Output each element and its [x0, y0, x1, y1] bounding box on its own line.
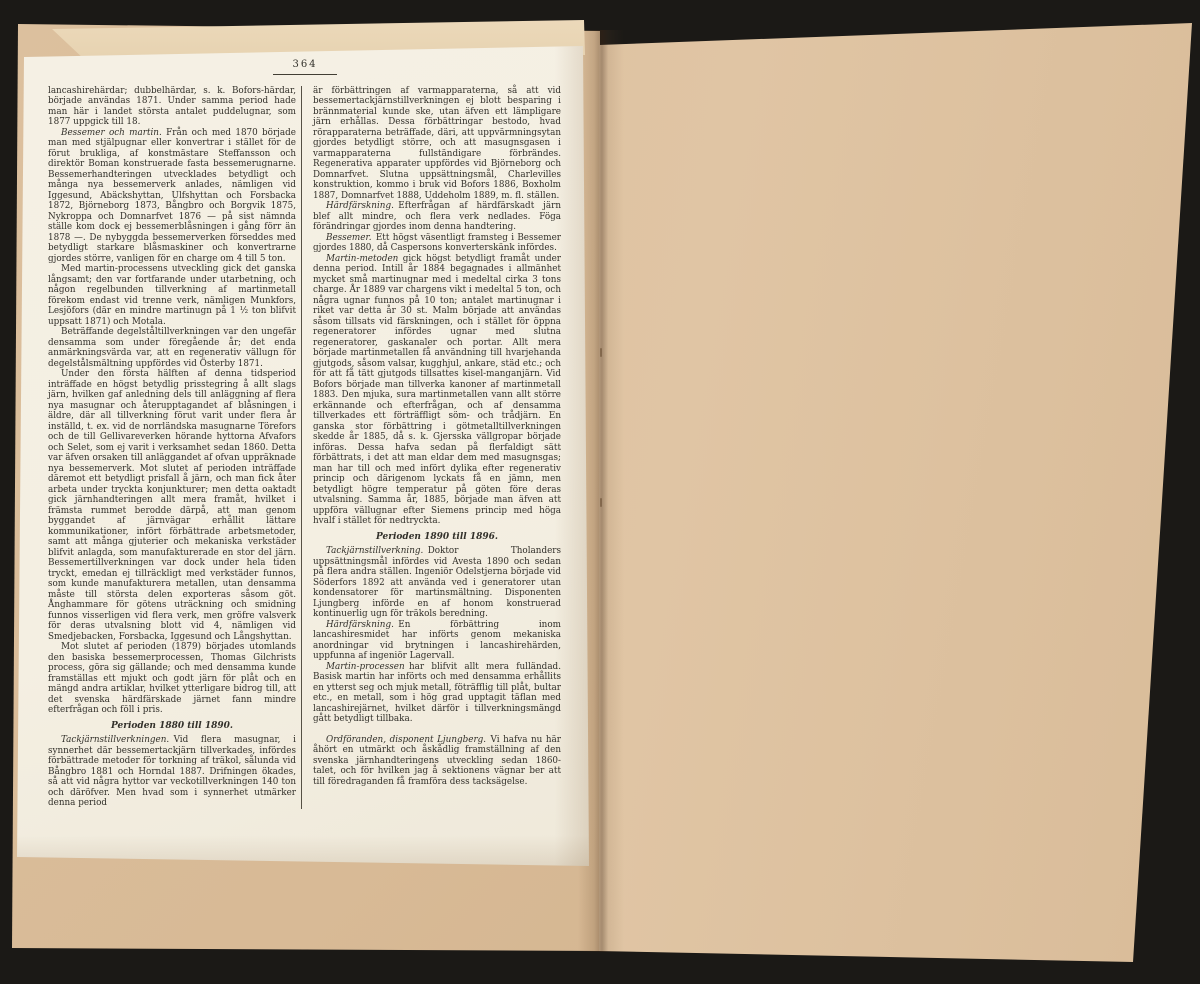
paragraph: är förbättringen af varmapparaterna, så … — [313, 86, 561, 202]
paragraph: Martin-metoden gick högst betydligt fram… — [313, 254, 561, 527]
paragraph-lead: Bessemer. — [326, 233, 376, 243]
paragraph: Martin-processen har blifvit allt mera f… — [313, 662, 561, 725]
paragraph: Härdfärskning. Efterfrågan af härdfärska… — [313, 201, 561, 233]
paragraph: Tackjärnstillverkningen. Vid flera masug… — [48, 735, 296, 809]
section-heading: Perioden 1890 till 1896. — [313, 532, 561, 543]
paragraph-lead: Bessemer och martin. — [61, 128, 166, 138]
paragraph: Mot slutet af perioden (1879) börjades u… — [48, 642, 296, 716]
paragraph: Härdfärskning. En förbättring inom lanca… — [313, 620, 561, 662]
section-heading: Perioden 1880 till 1890. — [48, 721, 296, 732]
two-column-text: lancashirehärdar; dubbelhärdar, s. k. Bo… — [48, 86, 562, 809]
paragraph-lead: Martin-processen — [326, 662, 409, 672]
spine-stitch — [600, 348, 602, 357]
paragraph: Beträffande degelståltillverkningen var … — [48, 327, 296, 369]
printed-page: 364 lancashirehärdar; dubbelhärdar, s. k… — [48, 46, 562, 809]
paragraph: Bessemer. Ett högst väsentligt framsteg … — [313, 233, 561, 254]
column-right: är förbättringen af varmapparaterna, så … — [313, 86, 561, 809]
paragraph: Ordföranden, disponent Ljungberg. Vi haf… — [313, 735, 561, 788]
paragraph-lead: Härdfärskning. — [326, 620, 398, 630]
column-left: lancashirehärdar; dubbelhärdar, s. k. Bo… — [48, 86, 302, 809]
paragraph-lead: Tackjärnstillverkning. — [326, 546, 428, 556]
paragraph-lead: Tackjärnstillverkningen. — [61, 735, 174, 745]
spine-stitch — [600, 498, 602, 507]
paragraph: Tackjärnstillverkning. Doktor Tholanders… — [313, 546, 561, 620]
page-number: 364 — [273, 60, 337, 75]
paragraph: Bessemer och martin. Från och med 1870 b… — [48, 128, 296, 265]
paragraph: lancashirehärdar; dubbelhärdar, s. k. Bo… — [48, 86, 296, 128]
paragraph-lead: Ordföranden, disponent Ljungberg. — [326, 735, 491, 745]
paragraph-lead: Härdfärskning. — [326, 201, 398, 211]
paragraph: Under den första hälften af denna tidspe… — [48, 369, 296, 642]
paragraph-lead: Martin-metoden — [326, 254, 403, 264]
scan-background: { "colors": { "background": "#1b1916", "… — [0, 0, 1200, 984]
paragraph: Med martin-processens utveckling gick de… — [48, 264, 296, 327]
